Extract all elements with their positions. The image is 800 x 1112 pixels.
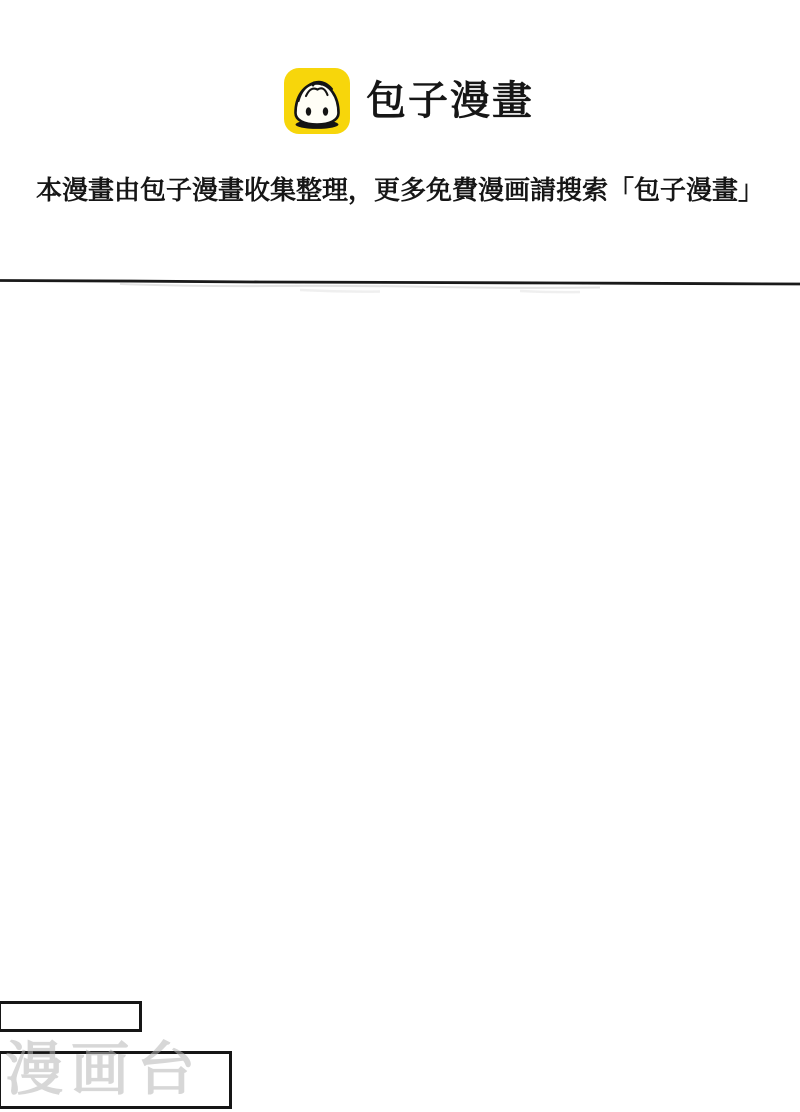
speech-box-small (0, 1001, 142, 1032)
brand-header: 包子漫畫 (9, 68, 800, 134)
watermark-text: 漫画台 (5, 1038, 203, 1102)
baozi-bun-icon (284, 68, 350, 134)
panel-border-line (0, 268, 800, 312)
comic-page: 包子漫畫 本漫畫由包子漫畫收集整理，更多免費漫画請搜索「包子漫畫」 漫画台 (0, 0, 800, 1112)
notice-text: 本漫畫由包子漫畫收集整理，更多免費漫画請搜索「包子漫畫」 (0, 174, 800, 207)
brand-title: 包子漫畫 (366, 81, 534, 121)
